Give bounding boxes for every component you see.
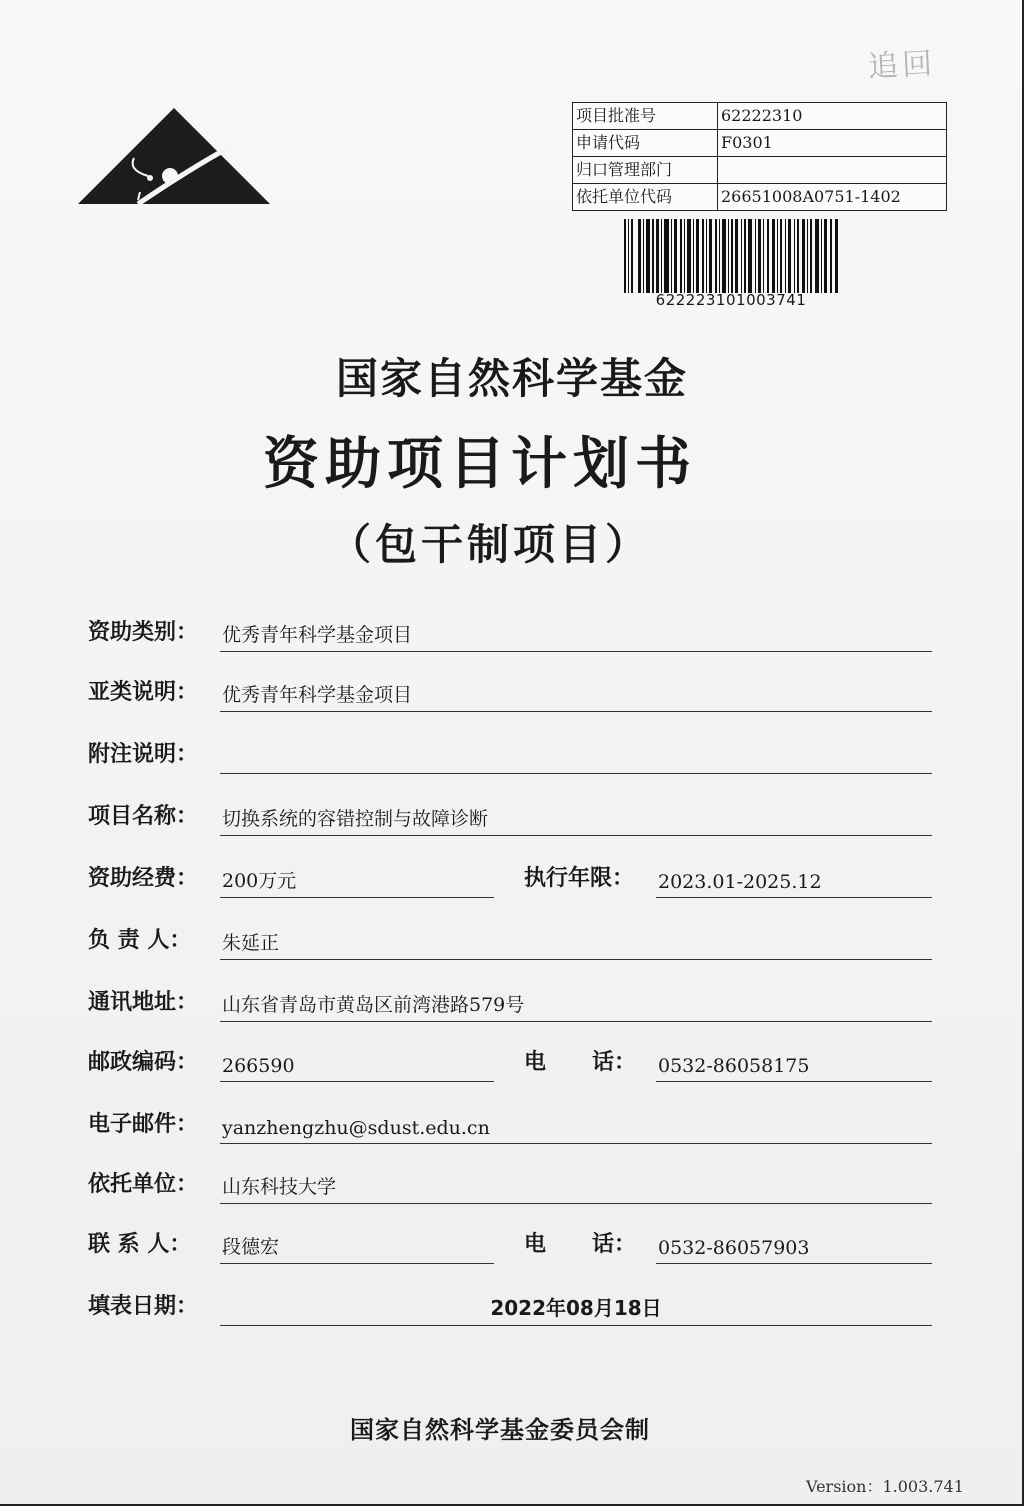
table-row: 归口管理部门 <box>573 157 947 184</box>
field-contact: 联 系 人： 段德宏 <box>88 1224 494 1264</box>
application-code-label: 申请代码 <box>573 130 718 157</box>
barcode-number: 622223101003741 <box>618 291 844 309</box>
approval-number-value: 62222310 <box>718 103 947 130</box>
pi-field: 朱延正 <box>220 925 932 960</box>
pi-value: 朱延正 <box>222 928 279 955</box>
phone-label: 电 话： <box>524 1045 636 1076</box>
managing-dept-label: 归口管理部门 <box>573 157 718 184</box>
email-field: yanzhengzhu@sdust.edu.cn <box>220 1109 932 1144</box>
note-field <box>220 739 932 774</box>
fill-date-label: 填表日期： <box>88 1289 198 1320</box>
institution-code-value: 26651008A0751-1402 <box>718 184 947 211</box>
funding-amount-label: 资助经费： <box>88 861 198 892</box>
field-email: 电子邮件： yanzhengzhu@sdust.edu.cn <box>88 1104 932 1144</box>
field-subcategory: 亚类说明： 优秀青年科学基金项目 <box>88 672 932 712</box>
pi-label: 负 责 人： <box>88 923 191 954</box>
table-row: 申请代码 F0301 <box>573 130 947 157</box>
field-project-name: 项目名称： 切换系统的容错控制与故障诊断 <box>88 796 932 836</box>
funding-category-field: 优秀青年科学基金项目 <box>220 617 932 652</box>
contact-phone-label: 电 话： <box>524 1227 636 1258</box>
issuer-footer: 国家自然科学基金委员会制 <box>0 1410 1000 1445</box>
duration-value: 2023.01-2025.12 <box>658 871 822 893</box>
duration-field: 2023.01-2025.12 <box>656 863 932 898</box>
contact-field: 段德宏 <box>220 1229 494 1264</box>
barcode-icon <box>622 219 840 293</box>
field-postcode: 邮政编码： 266590 <box>88 1042 494 1082</box>
institution-field: 山东科技大学 <box>220 1169 932 1204</box>
subcategory-label: 亚类说明： <box>88 675 198 706</box>
managing-dept-value <box>718 157 947 184</box>
address-field: 山东省青岛市黄岛区前湾港路579号 <box>220 987 932 1022</box>
title-foundation: 国家自然科学基金 <box>0 346 1024 406</box>
contact-label: 联 系 人： <box>88 1227 191 1258</box>
funding-category-label: 资助类别： <box>88 615 198 646</box>
table-row: 项目批准号 62222310 <box>573 103 947 130</box>
field-duration: 执行年限： 2023.01-2025.12 <box>524 858 932 898</box>
email-value: yanzhengzhu@sdust.edu.cn <box>222 1117 490 1139</box>
duration-label: 执行年限： <box>524 861 634 892</box>
application-code-value: F0301 <box>718 130 947 157</box>
version-label: Version：1.003.741 <box>806 1474 964 1497</box>
institution-label: 依托单位： <box>88 1167 198 1198</box>
document-page: 追回 项目批准号 62222310 申请代码 F0301 归口管理部门 依托单位… <box>0 0 1024 1506</box>
funding-amount-field: 200万元 <box>220 863 494 898</box>
note-label: 附注说明： <box>88 737 198 768</box>
field-fill-date: 填表日期： 2022年08月18日 <box>88 1286 932 1326</box>
project-name-value: 切换系统的容错控制与故障诊断 <box>222 804 488 831</box>
fill-date-value: 2022年08月18日 <box>220 1292 932 1321</box>
field-contact-phone: 电 话： 0532-86057903 <box>524 1224 932 1264</box>
project-name-field: 切换系统的容错控制与故障诊断 <box>220 801 932 836</box>
phone-value: 0532-86058175 <box>658 1055 809 1077</box>
table-row: 依托单位代码 26651008A0751-1402 <box>573 184 947 211</box>
address-value: 山东省青岛市黄岛区前湾港路579号 <box>222 990 524 1017</box>
contact-phone-value: 0532-86057903 <box>658 1237 809 1259</box>
postcode-value: 266590 <box>222 1055 295 1077</box>
funding-category-value: 优秀青年科学基金项目 <box>222 620 412 647</box>
subcategory-value: 优秀青年科学基金项目 <box>222 680 412 707</box>
field-note: 附注说明： <box>88 734 932 774</box>
phone-field: 0532-86058175 <box>656 1047 932 1082</box>
field-institution: 依托单位： 山东科技大学 <box>88 1164 932 1204</box>
postcode-field: 266590 <box>220 1047 494 1082</box>
institution-code-label: 依托单位代码 <box>573 184 718 211</box>
field-funding-category: 资助类别： 优秀青年科学基金项目 <box>88 612 932 652</box>
field-pi: 负 责 人： 朱延正 <box>88 920 932 960</box>
email-label: 电子邮件： <box>88 1107 198 1138</box>
project-info-table: 项目批准号 62222310 申请代码 F0301 归口管理部门 依托单位代码 … <box>572 102 947 211</box>
institution-value: 山东科技大学 <box>222 1172 336 1199</box>
fill-date-field: 2022年08月18日 <box>220 1291 932 1326</box>
project-name-label: 项目名称： <box>88 799 198 830</box>
approval-number-label: 项目批准号 <box>573 103 718 130</box>
title-plan: 资助项目计划书 <box>0 420 960 500</box>
address-label: 通讯地址： <box>88 985 198 1016</box>
title-project-type: （包干制项目） <box>0 512 980 572</box>
contact-value: 段德宏 <box>222 1232 279 1259</box>
contact-phone-field: 0532-86057903 <box>656 1229 932 1264</box>
field-address: 通讯地址： 山东省青岛市黄岛区前湾港路579号 <box>88 982 932 1022</box>
nsfc-logo-icon <box>78 108 270 204</box>
subcategory-field: 优秀青年科学基金项目 <box>220 677 932 712</box>
field-phone: 电 话： 0532-86058175 <box>524 1042 932 1082</box>
field-funding-amount: 资助经费： 200万元 <box>88 858 494 898</box>
postcode-label: 邮政编码： <box>88 1045 198 1076</box>
funding-amount-value: 200万元 <box>222 866 296 893</box>
handwritten-note: 追回 <box>867 38 937 85</box>
